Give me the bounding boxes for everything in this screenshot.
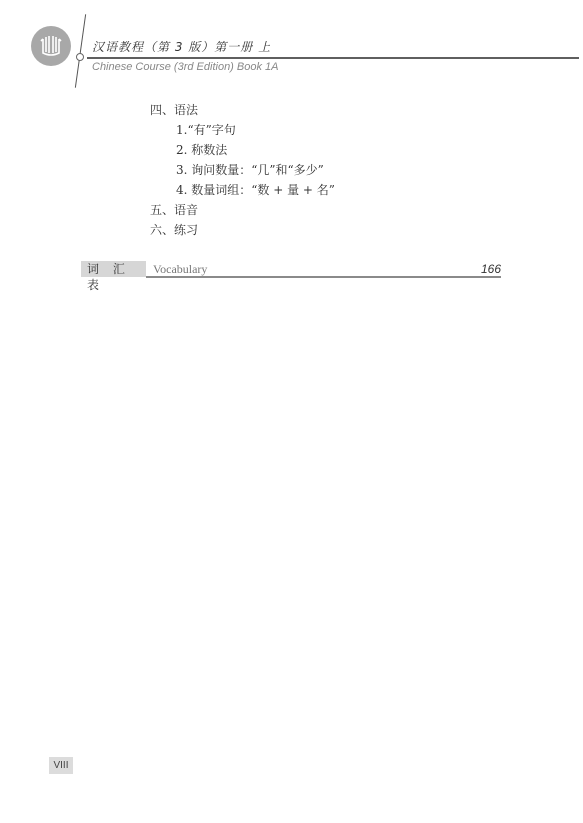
toc-item-phonetics[interactable]: 五、语音: [150, 200, 335, 220]
vocabulary-label-chinese: 词 汇 表: [81, 261, 146, 277]
toc-item-quantity-phrases[interactable]: 4. 数量词组：“数 + 量 + 名”: [150, 180, 335, 200]
header-vertical-rule: [75, 14, 86, 87]
toc-entry-vocabulary[interactable]: 词 汇 表 Vocabulary 166: [81, 261, 501, 278]
toc-item-asking-quantity[interactable]: 3. 询问数量：“几”和“多少”: [150, 160, 335, 180]
book-fan-logo-icon: [31, 26, 71, 66]
toc-item-you-sentence[interactable]: 1.“有”字句: [150, 120, 335, 140]
toc-item-numerals[interactable]: 2. 称数法: [150, 140, 335, 160]
toc-item-exercises[interactable]: 六、练习: [150, 220, 335, 240]
page-number: VIII: [49, 757, 73, 774]
publisher-logo: [31, 26, 71, 66]
vocabulary-page-number: 166: [481, 261, 501, 277]
toc-item-grammar[interactable]: 四、语法: [150, 100, 335, 120]
header-circle-ornament: [76, 53, 84, 61]
vocabulary-label-english: Vocabulary: [153, 261, 207, 277]
book-title-english: Chinese Course (3rd Edition) Book 1A: [92, 61, 278, 73]
table-of-contents: 四、语法 1.“有”字句 2. 称数法 3. 询问数量：“几”和“多少” 4. …: [150, 100, 335, 240]
header-rule: [87, 57, 579, 59]
vocabulary-rule: [146, 276, 501, 278]
book-title-chinese: 汉语教程（第 3 版）第一册 上: [92, 38, 271, 55]
